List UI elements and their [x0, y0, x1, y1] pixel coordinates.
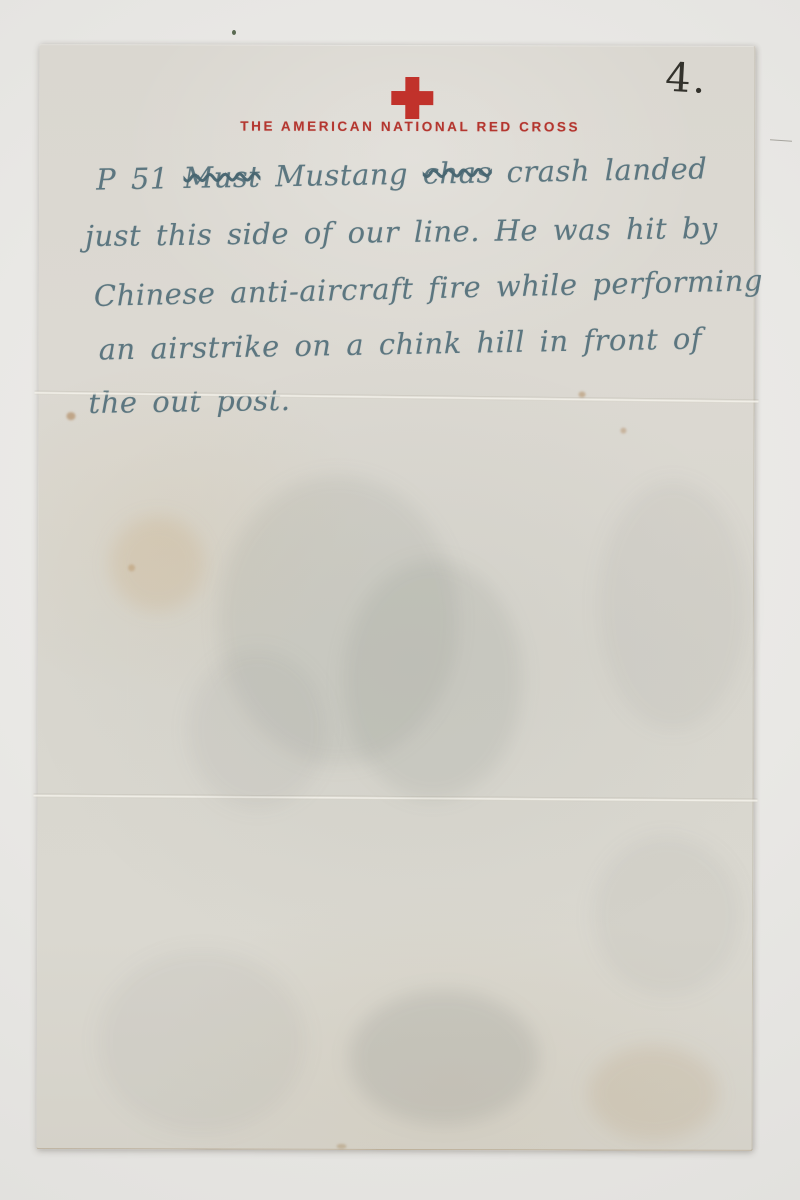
foxing-spot	[579, 391, 586, 397]
handwritten-line: P 51 Must Mustang chas crash landed	[96, 151, 708, 196]
ghost-smudge	[97, 949, 307, 1135]
foxing-spot	[337, 1144, 347, 1149]
ghost-smudge	[187, 649, 327, 809]
handwritten-text: Mustang	[260, 157, 423, 194]
handwritten-line: the out post.	[88, 383, 290, 420]
backdrop-scratch	[770, 139, 792, 142]
handwritten-text: P 51	[96, 161, 184, 197]
foxing-spot	[620, 428, 626, 434]
handwritten-text: just this side of our line. He was hit b…	[85, 211, 718, 253]
backdrop-speck	[232, 30, 236, 35]
letter-paper: THE AMERICAN NATIONAL RED CROSS 4. P 51 …	[37, 44, 756, 1151]
handwritten-line: an airstrike on a chink hill in front of	[98, 321, 702, 366]
handwritten-text: the out post.	[88, 383, 290, 420]
ghost-smudge	[342, 560, 523, 800]
handwritten-line: just this side of our line. He was hit b…	[85, 211, 718, 253]
stain	[589, 1046, 719, 1141]
stain	[110, 516, 205, 611]
ghost-smudge	[349, 990, 539, 1125]
struck-word: chas	[422, 155, 492, 190]
handwritten-text: Chinese anti-aircraft fire while perform…	[94, 263, 764, 313]
handwritten-line: Chinese anti-aircraft fire while perform…	[94, 263, 764, 313]
ghost-smudge	[592, 836, 742, 996]
foxing-spot	[66, 412, 75, 420]
ghost-smudge	[598, 481, 749, 731]
foxing-spot	[128, 564, 135, 571]
photo-backdrop: THE AMERICAN NATIONAL RED CROSS 4. P 51 …	[0, 0, 800, 1200]
struck-word: Must	[183, 160, 261, 195]
handwritten-text: an airstrike on a chink hill in front of	[98, 321, 702, 366]
handwritten-text: crash landed	[492, 151, 708, 189]
